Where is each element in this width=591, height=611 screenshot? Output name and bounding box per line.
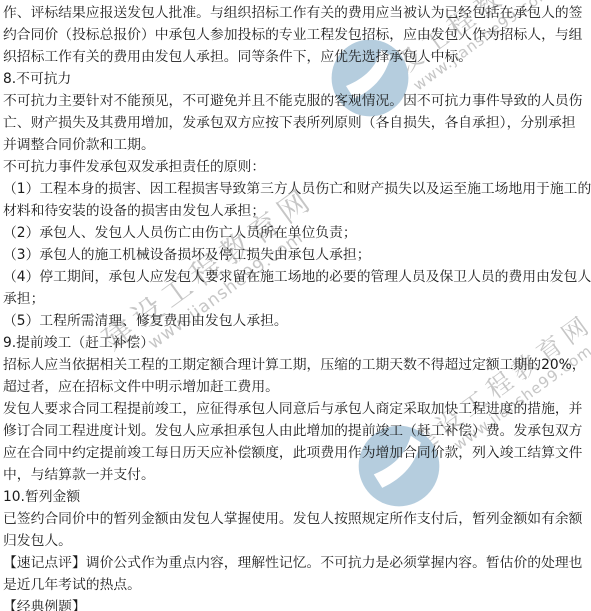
text-line: 修订合同工程进度计划。发包人应承担承包人由此增加的提前竣工（赶工补偿）费。发承包… <box>3 420 588 442</box>
paragraph-list-item: （2）承包人、发包人人员伤亡由伤亡人员所在单位负责； <box>3 222 588 244</box>
text-line: 发包人要求合同工程提前竣工，应征得承包人同意后与承包人商定采取加快工程进度的措施… <box>3 398 588 420</box>
paragraph-body: 发包人要求合同工程提前竣工，应征得承包人同意后与承包人商定采取加快工程进度的措施… <box>3 398 588 486</box>
paragraph-body: 不可抗力事件发承包双发承担责任的原则： <box>3 156 588 178</box>
text-line: （4）停工期间，承包人应发包人要求留在施工场地的必要的管理人员及保卫人员的费用由… <box>3 266 588 288</box>
text-line: 约合同价（投标总报价）中承包人参加投标的专业工程发包招标，应由发包人作为招标人，… <box>3 24 588 46</box>
paragraph-body: 已签约合同价中的暂列金额由发包人掌握使用。发包人按照规定所作支付后，暂列金额如有… <box>3 508 588 552</box>
text-line: 承担； <box>3 288 588 310</box>
text-line: 【经典例题】 <box>3 596 588 611</box>
text-line: 亡、财产损失及其费用增加，发承包双方应按下表所列原则（各自损失，各自承担），分别… <box>3 112 588 134</box>
text-line: 归发包人。 <box>3 530 588 552</box>
text-line: 织招标工作有关的费用由发包人承担。同等条件下，应优先选择承包人中标。 <box>3 46 588 68</box>
paragraph-list-item: （5）工程所需清理、修复费用由发包人承担。 <box>3 310 588 332</box>
paragraph-list-item: （1）工程本身的损害、因工程损害导致第三方人员伤亡和财产损失以及运至施工场地用于… <box>3 178 588 222</box>
text-line: 8.不可抗力 <box>3 68 588 90</box>
text-line: 【速记点评】调价公式作为重点内容，理解性记忆。不可抗力是必须掌握内容。暂估价的处… <box>3 552 588 574</box>
text-line: 材料和待安装的设备的损害由发包人承担； <box>3 200 588 222</box>
text-line: 超过者，应在招标文件中明示增加赶工费用。 <box>3 376 588 398</box>
text-line: （5）工程所需清理、修复费用由发包人承担。 <box>3 310 588 332</box>
text-line: 10.暂列金额 <box>3 486 588 508</box>
paragraph-body: 招标人应当依据相关工程的工期定额合理计算工期，压缩的工期天数不得超过定额工期的2… <box>3 354 588 398</box>
paragraph-list-item: （3）承包人的施工机械设备损坏及停工损失由承包人承担； <box>3 244 588 266</box>
text-line: 招标人应当依据相关工程的工期定额合理计算工期，压缩的工期天数不得超过定额工期的2… <box>3 354 588 376</box>
paragraph-note: 【经典例题】 <box>3 596 588 611</box>
text-line: 9.提前竣工（赶工补偿） <box>3 332 588 354</box>
document-text: 作、评标结果应报送发包人批准。与组织招标工作有关的费用应当被认为已经包括在承包人… <box>0 0 591 611</box>
paragraph-list-item: （4）停工期间，承包人应发包人要求留在施工场地的必要的管理人员及保卫人员的费用由… <box>3 266 588 310</box>
text-line: 应在合同中约定提前竣工每日历天应补偿额度，此项费用作为增加合同价款，列入竣工结算… <box>3 442 588 464</box>
text-line: （1）工程本身的损害、因工程损害导致第三方人员伤亡和财产损失以及运至施工场地用于… <box>3 178 588 200</box>
paragraph-heading: 9.提前竣工（赶工补偿） <box>3 332 588 354</box>
paragraph-heading: 10.暂列金额 <box>3 486 588 508</box>
paragraph-body: 作、评标结果应报送发包人批准。与组织招标工作有关的费用应当被认为已经包括在承包人… <box>3 2 588 68</box>
document-page: 建设工程教育网www.jianshe99.com建设工程教育网www.jians… <box>0 0 591 611</box>
text-line: 中，与结算款一并支付。 <box>3 464 588 486</box>
text-line: 已签约合同价中的暂列金额由发包人掌握使用。发包人按照规定所作支付后，暂列金额如有… <box>3 508 588 530</box>
paragraph-body: 不可抗力主要针对不能预见，不可避免并且不能克服的客观情况。因不可抗力事件导致的人… <box>3 90 588 156</box>
text-line: （2）承包人、发包人人员伤亡由伤亡人员所在单位负责； <box>3 222 588 244</box>
text-line: 不可抗力事件发承包双发承担责任的原则： <box>3 156 588 178</box>
text-line: 作、评标结果应报送发包人批准。与组织招标工作有关的费用应当被认为已经包括在承包人… <box>3 2 588 24</box>
text-line: （3）承包人的施工机械设备损坏及停工损失由承包人承担； <box>3 244 588 266</box>
text-line: 并调整合同价款和工期。 <box>3 134 588 156</box>
paragraph-heading: 8.不可抗力 <box>3 68 588 90</box>
text-line: 不可抗力主要针对不能预见，不可避免并且不能克服的客观情况。因不可抗力事件导致的人… <box>3 90 588 112</box>
text-line: 是近几年考试的热点。 <box>3 574 588 596</box>
paragraph-note: 【速记点评】调价公式作为重点内容，理解性记忆。不可抗力是必须掌握内容。暂估价的处… <box>3 552 588 596</box>
